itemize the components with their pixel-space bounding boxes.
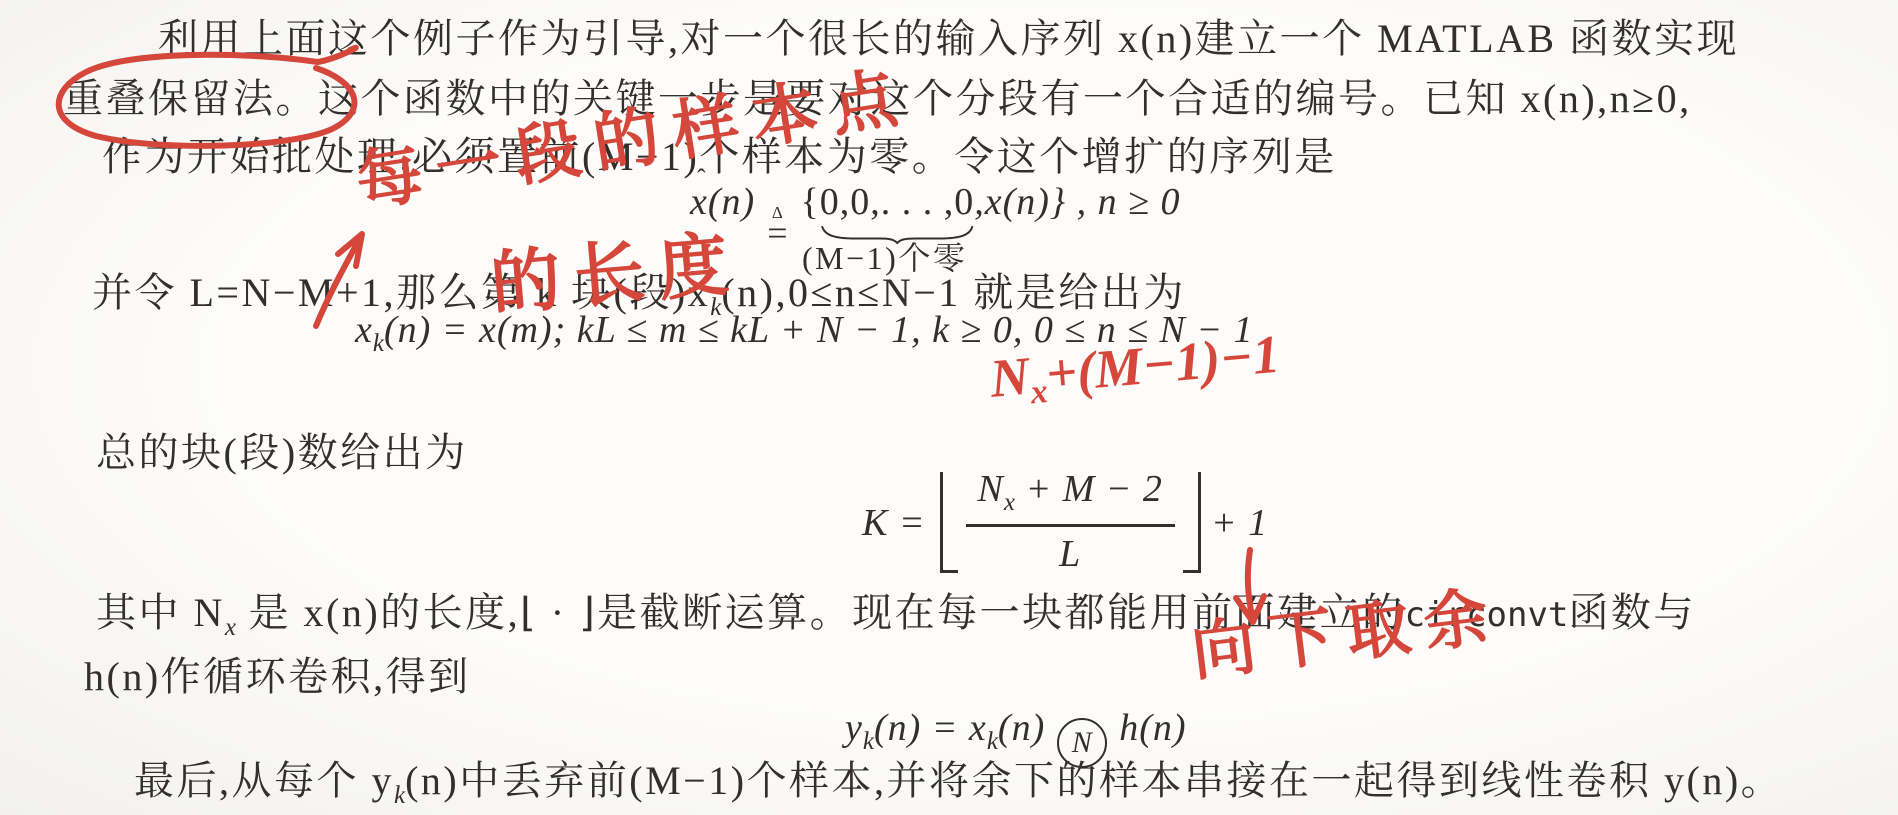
- body-line-5: 总的块(段)数给出为: [96, 430, 468, 476]
- underbraced-zeros: 0,0,. . . ,0: [820, 180, 975, 224]
- scanned-textbook-page: 利用上面这个例子作为引导,对一个很长的输入序列 x(n)建立一个 MATLAB …: [0, 0, 1898, 815]
- delta-equal-symbol: Δ=: [767, 205, 788, 246]
- fraction: Nx + M − 2 L: [966, 470, 1175, 575]
- body-line-7: h(n)作循环卷积,得到: [84, 654, 471, 700]
- floor-right-bracket: [1183, 472, 1201, 573]
- body-line-8: 最后,从每个 yk(n)中丢弃前(M−1)个样本,并将余下的样本串接在一起得到线…: [134, 758, 1783, 811]
- floor-left-bracket: [940, 472, 958, 573]
- body-line-1-text: 利用上面这个例子作为引导,对一个很长的输入序列 x(n)建立一个 MATLAB …: [158, 16, 1739, 61]
- body-line-2-text: 这个函数中的关键一步是要对这个分段有一个合适的编号。已知 x(n),n≥0,: [318, 76, 1692, 121]
- fraction-denominator: L: [1059, 527, 1081, 575]
- circled-term: 重叠保留法。: [63, 76, 318, 121]
- formula-block-count: K = Nx + M − 2 L + 1: [862, 470, 1268, 575]
- body-line-1: 利用上面这个例子作为引导,对一个很长的输入序列 x(n)建立一个 MATLAB …: [158, 16, 1739, 62]
- fraction-numerator: Nx + M − 2: [966, 470, 1175, 527]
- x-hat-variable: xˆ: [690, 180, 708, 224]
- hat-accent: ˆ: [697, 164, 707, 194]
- formula-augmented-sequence: xˆ(n)Δ={0,0,. . . ,0,x(n)} , n ≥ 0: [690, 180, 1180, 246]
